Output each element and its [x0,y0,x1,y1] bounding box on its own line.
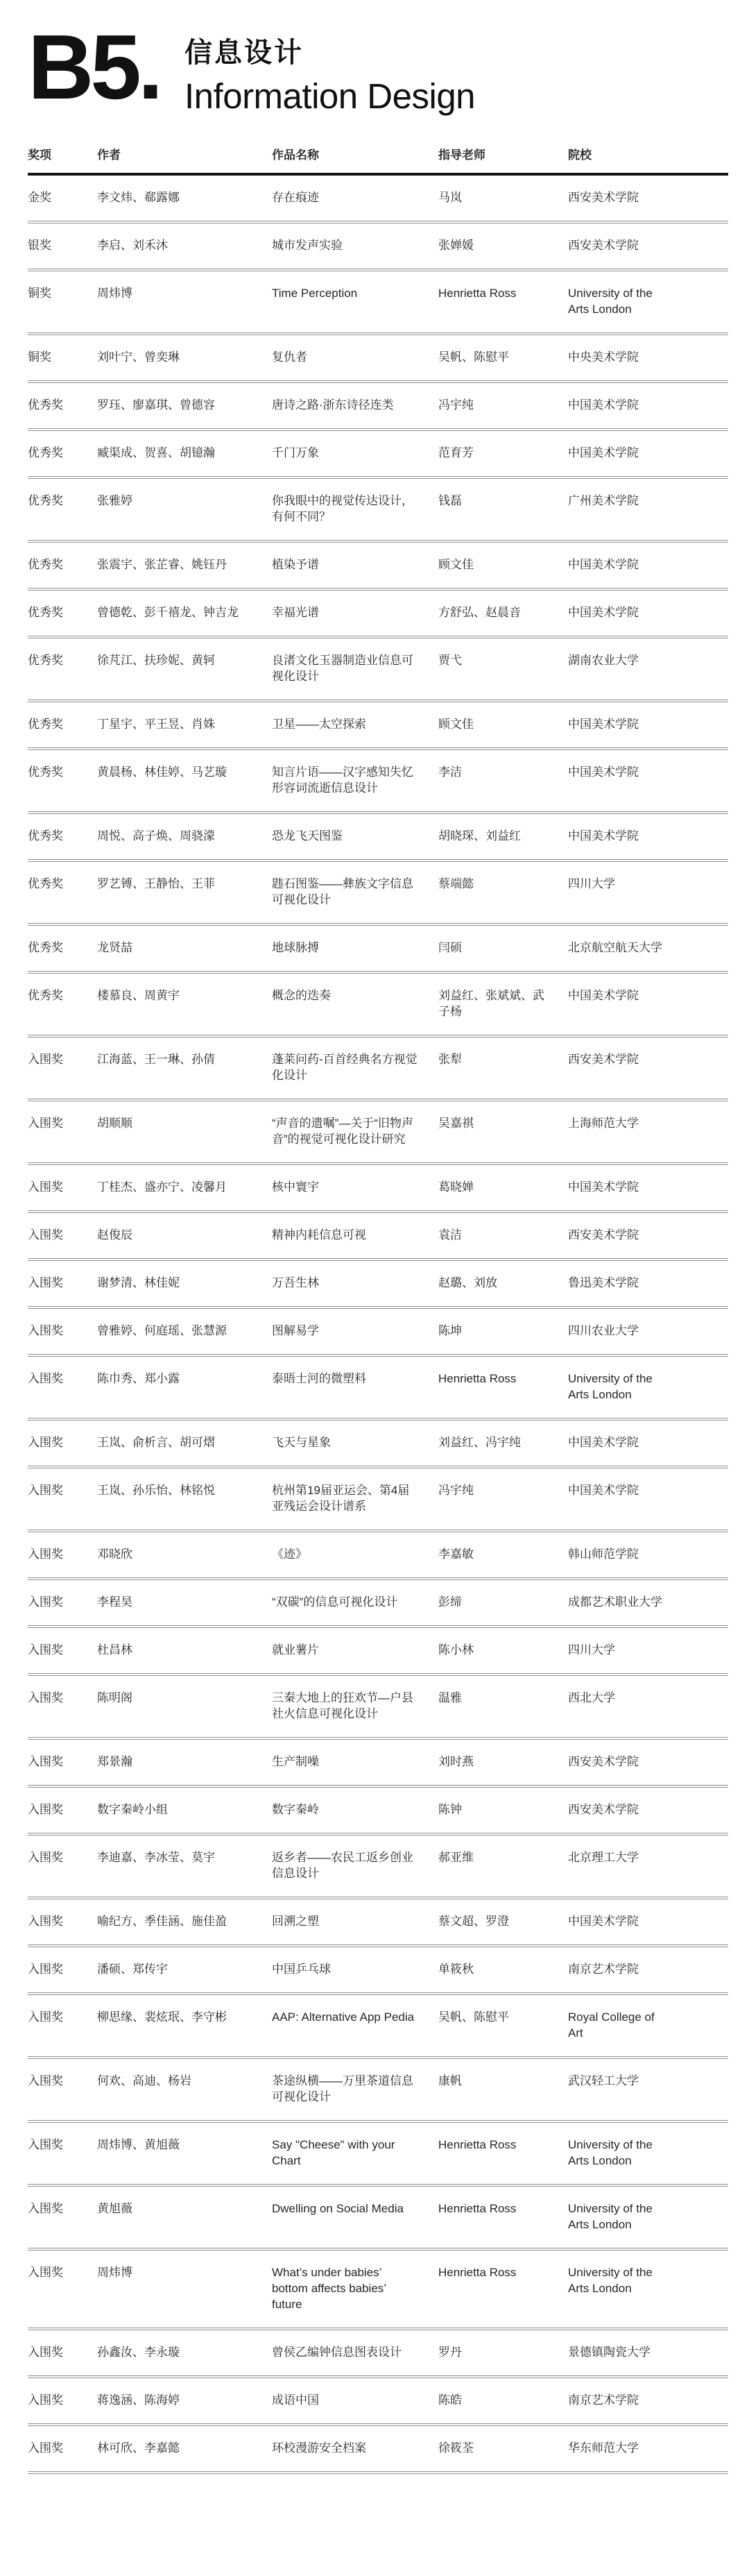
work-title-cell: 三秦大地上的狂欢节—户县社火信息可视化设计 [272,1690,427,1722]
school-cell: 鲁迅美术学院 [568,1275,682,1291]
table-row: 入围奖 赵俊辰 精神内耗信息可视 袁洁 西安美术学院 [28,1213,728,1258]
authors-cell: 数字秦岭小组 [97,1802,270,1817]
table-row: 优秀奖 龙贤喆 地球脉搏 闫硕 北京航空航天大学 [28,926,728,971]
column-header-work: 作品名称 [272,147,438,163]
table-row: 入围奖 陈明阁 三秦大地上的狂欢节—户县社火信息可视化设计 温雅 西北大学 [28,1676,728,1737]
work-title-cell: 植染予谱 [272,557,427,573]
authors-cell: 王岚、俞析言、胡可熠 [97,1434,270,1450]
table-row: 优秀奖 罗珏、廖嘉琪、曾德容 唐诗之路·浙东诗径连类 冯宇纯 中国美术学院 [28,383,728,428]
authors-cell: 周炜博 [97,285,270,317]
table-row: 金奖 李文炜、郗露娜 存在痕迹 马岚 西安美术学院 [28,176,728,221]
work-title-cell: 曾侯乙编钟信息图表设计 [272,2344,427,2360]
work-title-cell: 泰晤士河的微塑料 [272,1371,427,1403]
table-row: 入围奖 何欢、高迪、杨岩 茶途纵横——万里茶道信息可视化设计 康帆 武汉轻工大学 [28,2059,728,2120]
award-cell: 优秀奖 [28,716,97,732]
advisor-cell: Henrietta Ross [438,1371,562,1403]
work-title-cell: 成语中国 [272,2392,427,2408]
advisor-cell: 贾弋 [438,652,562,684]
advisor-cell: Henrietta Ross [438,2264,562,2312]
award-cell: 入围奖 [28,2440,97,2456]
work-title-cell: 万吾生林 [272,1275,427,1291]
award-cell: 优秀奖 [28,604,97,620]
work-title-cell: 生产制噪 [272,1754,427,1770]
award-cell: 入围奖 [28,2392,97,2408]
school-cell: 北京理工大学 [568,1849,682,1881]
work-title-cell: “双碳”的信息可视化设计 [272,1594,427,1610]
school-cell: 四川大学 [568,876,682,908]
table-row: 入围奖 李程昊 “双碳”的信息可视化设计 彭缔 成都艺术职业大学 [28,1580,728,1625]
work-title-cell: 数字秦岭 [272,1802,427,1817]
authors-cell: 罗艺镈、王静怡、王菲 [97,876,270,908]
authors-cell: 徐芃江、扶珍妮、黄轲 [97,652,270,684]
advisor-cell: 徐筱荃 [438,2440,562,2456]
work-title-cell: 存在痕迹 [272,189,427,205]
school-cell: 西安美术学院 [568,189,682,205]
table-row: 入围奖 潘硕、郑传宇 中国乒乓球 单筱秋 南京艺术学院 [28,1947,728,1992]
advisor-cell: 方舒弘、赵晨音 [438,604,562,620]
award-cell: 优秀奖 [28,988,97,1019]
school-cell: 韩山师范学院 [568,1546,682,1562]
authors-cell: 孙鑫汝、李永璇 [97,2344,270,2360]
school-cell: 南京艺术学院 [568,1961,682,1977]
work-title-cell: 韪石图鉴——彝族文字信息可视化设计 [272,876,427,908]
work-title-cell: AAP: Alternative App Pedia [272,2009,427,2041]
school-cell: 中国美术学院 [568,397,682,413]
authors-cell: 黄旭薇 [97,2201,270,2232]
award-cell: 入围奖 [28,1546,97,1562]
award-cell: 入围奖 [28,1642,97,1658]
table-row: 入围奖 喻纪方、季佳涵、施佳盈 回溯之塑 蔡文超、罗澄 中国美术学院 [28,1899,728,1944]
authors-cell: 楼慕良、周黄宇 [97,988,270,1019]
advisor-cell: 刘时燕 [438,1754,562,1770]
table-row: 优秀奖 丁星宇、平王昱、肖姝 卫星——太空探索 顾文佳 中国美术学院 [28,702,728,747]
advisor-cell: 罗丹 [438,2344,562,2360]
table-row: 入围奖 黄旭薇 Dwelling on Social Media Henriet… [28,2187,728,2248]
work-title-cell: 《迹》 [272,1546,427,1562]
authors-cell: 杜昌林 [97,1642,270,1658]
table-body: 金奖 李文炜、郗露娜 存在痕迹 马岚 西安美术学院 银奖 李启、刘禾沐 城市发声… [28,176,728,2474]
award-cell: 优秀奖 [28,764,97,796]
advisor-cell: 范育芳 [438,445,562,461]
award-cell: 优秀奖 [28,876,97,908]
table-row: 铜奖 刘叶宁、曾奕琳 复仇者 吴帆、陈慰平 中央美术学院 [28,335,728,380]
school-cell: 南京艺术学院 [568,2392,682,2408]
table-row: 入围奖 丁桂杰、盛亦宁、凌馨月 核中寰宇 葛晓婵 中国美术学院 [28,1165,728,1210]
work-title-cell: 城市发声实验 [272,237,427,253]
school-cell: 武汉轻工大学 [568,2073,682,2105]
advisor-cell: 顾文佳 [438,716,562,732]
table-row: 入围奖 王岚、俞析言、胡可熠 飞天与星象 刘益红、冯宇纯 中国美术学院 [28,1421,728,1466]
work-title-cell: Time Perception [272,285,427,317]
authors-cell: 邓晓欣 [97,1546,270,1562]
table-row: 银奖 李启、刘禾沐 城市发声实验 张婵媛 西安美术学院 [28,223,728,269]
column-header-authors: 作者 [97,147,272,163]
advisor-cell: 温雅 [438,1690,562,1722]
column-header-school: 院校 [568,147,727,163]
authors-cell: 陈明阁 [97,1690,270,1722]
award-cell: 入围奖 [28,1961,97,1977]
work-title-cell: 图解易学 [272,1323,427,1339]
school-cell: 西北大学 [568,1690,682,1722]
advisor-cell: Henrietta Ross [438,2137,562,2169]
advisor-cell: 彭缔 [438,1594,562,1610]
table-header: 奖项 作者 作品名称 指导老师 院校 [28,147,728,173]
advisor-cell: 吴帆、陈慰平 [438,349,562,365]
advisor-cell: Henrietta Ross [438,2201,562,2232]
school-cell: 上海师范大学 [568,1115,682,1147]
award-cell: 入围奖 [28,1227,97,1243]
advisor-cell: 张犁 [438,1051,562,1083]
work-title-cell: 核中寰宇 [272,1179,427,1195]
authors-cell: 李文炜、郗露娜 [97,189,270,205]
advisor-cell: 吴帆、陈慰平 [438,2009,562,2041]
advisor-cell: 陈小林 [438,1642,562,1658]
section-title-zh: 信息设计 [184,31,475,70]
authors-cell: 潘硕、郑传宇 [97,1961,270,1977]
table-row: 入围奖 江海蓝、王一琳、孙倩 蓬莱问药-百首经典名方视觉化设计 张犁 西安美术学… [28,1037,728,1099]
school-cell: 中国美术学院 [568,716,682,732]
authors-cell: 李程昊 [97,1594,270,1610]
table-row: 入围奖 数字秦岭小组 数字秦岭 陈钟 西安美术学院 [28,1788,728,1833]
work-title-cell: 卫星——太空探索 [272,716,427,732]
work-title-cell: 幸福光谱 [272,604,427,620]
award-cell: 铜奖 [28,349,97,365]
advisor-cell: 闫硕 [438,940,562,956]
advisor-cell: 蔡文超、罗澄 [438,1913,562,1929]
school-cell: 广州美术学院 [568,493,682,525]
advisor-cell: Henrietta Ross [438,285,562,317]
table-row: 优秀奖 张雅婷 你我眼中的视觉传达设计，有何不同？ 钱磊 广州美术学院 [28,479,728,540]
work-title-cell: 恐龙飞天图鉴 [272,828,427,844]
table-row: 优秀奖 罗艺镈、王静怡、王菲 韪石图鉴——彝族文字信息可视化设计 蔡端懿 四川大… [28,862,728,923]
award-cell: 入围奖 [28,2201,97,2232]
school-cell: 中国美术学院 [568,1434,682,1450]
authors-cell: 何欢、高迪、杨岩 [97,2073,270,2105]
table-row: 入围奖 谢梦清、林佳妮 万吾生林 赵璐、刘放 鲁迅美术学院 [28,1261,728,1306]
advisor-cell: 陈皓 [438,2392,562,2408]
award-cell: 入围奖 [28,2009,97,2041]
table-row: 优秀奖 曾德乾、彭千禧龙、钟吉龙 幸福光谱 方舒弘、赵晨音 中国美术学院 [28,591,728,636]
school-cell: 湖南农业大学 [568,652,682,684]
authors-cell: 张震宇、张芷睿、姚钰丹 [97,557,270,573]
school-cell: 华东师范大学 [568,2440,682,2456]
table-row: 入围奖 周炜博 What’s under babies’ bottom affe… [28,2251,728,2328]
authors-cell: 赵俊辰 [97,1227,270,1243]
school-cell: University of the Arts London [568,2264,682,2312]
award-cell: 铜奖 [28,285,97,317]
authors-cell: 王岚、孙乐怡、林铭悦 [97,1482,270,1514]
table-row: 优秀奖 黄晨杨、林佳婷、马艺璇 知言片语——汉字感知失忆形容词流逝信息设计 李洁… [28,750,728,811]
authors-cell: 蒋逸涵、陈海婷 [97,2392,270,2408]
award-cell: 优秀奖 [28,940,97,956]
table-row: 入围奖 李迪嘉、李冰莹、莫宇 返乡者——农民工返乡创业信息设计 郝亚维 北京理工… [28,1836,728,1897]
school-cell: University of the Arts London [568,1371,682,1403]
work-title-cell: 复仇者 [272,349,427,365]
award-cell: 入围奖 [28,1802,97,1817]
award-cell: 优秀奖 [28,397,97,413]
authors-cell: 周炜博 [97,2264,270,2312]
school-cell: 中央美术学院 [568,349,682,365]
authors-cell: 李迪嘉、李冰莹、莫宇 [97,1849,270,1881]
table-row: 入围奖 陈巾秀、郑小露 泰晤士河的微塑料 Henrietta Ross Univ… [28,1357,728,1418]
work-title-cell: 回溯之塑 [272,1913,427,1929]
award-cell: 银奖 [28,237,97,253]
work-title-cell: 杭州第19届亚运会、第4届亚残运会设计谱系 [272,1482,427,1514]
school-cell: 中国美术学院 [568,445,682,461]
award-cell: 金奖 [28,189,97,205]
school-cell: 西安美术学院 [568,1227,682,1243]
authors-cell: 罗珏、廖嘉琪、曾德容 [97,397,270,413]
table-row: 入围奖 林可欣、李嘉懿 环校漫游安全档案 徐筱荃 华东师范大学 [28,2426,728,2471]
authors-cell: 刘叶宁、曾奕琳 [97,349,270,365]
school-cell: University of the Arts London [568,2137,682,2169]
authors-cell: 周炜博、黄旭薇 [97,2137,270,2169]
advisor-cell: 陈钟 [438,1802,562,1817]
advisor-cell: 李嘉敏 [438,1546,562,1562]
school-cell: 中国美术学院 [568,1179,682,1195]
advisor-cell: 张婵媛 [438,237,562,253]
authors-cell: 林可欣、李嘉懿 [97,2440,270,2456]
advisor-cell: 顾文佳 [438,557,562,573]
table-row: 优秀奖 臧渠成、贺喜、胡镱瀚 千门万象 范育芳 中国美术学院 [28,431,728,476]
table-row: 入围奖 孙鑫汝、李永璇 曾侯乙编钟信息图表设计 罗丹 景德镇陶瓷大学 [28,2330,728,2375]
row-divider [28,2471,728,2474]
work-title-cell: Dwelling on Social Media [272,2201,427,2232]
table-row: 优秀奖 徐芃江、扶珍妮、黄轲 良渚文化玉器制造业信息可视化设计 贾弋 湖南农业大… [28,638,728,700]
advisor-cell: 赵璐、刘放 [438,1275,562,1291]
school-cell: 四川农业大学 [568,1323,682,1339]
work-title-cell: 千门万象 [272,445,427,461]
award-cell: 入围奖 [28,1594,97,1610]
school-cell: 中国美术学院 [568,1913,682,1929]
work-title-cell: 知言片语——汉字感知失忆形容词流逝信息设计 [272,764,427,796]
school-cell: 中国美术学院 [568,557,682,573]
school-cell: 西安美术学院 [568,1802,682,1817]
work-title-cell: “声音的遗嘱”—关于“旧物声音”的视觉可视化设计研究 [272,1115,427,1147]
advisor-cell: 李洁 [438,764,562,796]
table-row: 优秀奖 张震宇、张芷睿、姚钰丹 植染予谱 顾文佳 中国美术学院 [28,543,728,588]
table-row: 入围奖 郑景瀚 生产制噪 刘时燕 西安美术学院 [28,1740,728,1785]
authors-cell: 丁桂杰、盛亦宁、凌馨月 [97,1179,270,1195]
table-row: 优秀奖 楼慕良、周黄宇 概念的迭奏 刘益红、张斌斌、武子杨 中国美术学院 [28,974,728,1035]
authors-cell: 柳思缘、裴炫珉、李守彬 [97,2009,270,2041]
school-cell: 四川大学 [568,1642,682,1658]
advisor-cell: 葛晓婵 [438,1179,562,1195]
advisor-cell: 马岚 [438,189,562,205]
award-cell: 优秀奖 [28,493,97,525]
work-title-cell: 环校漫游安全档案 [272,2440,427,2456]
award-cell: 入围奖 [28,2137,97,2169]
award-cell: 优秀奖 [28,445,97,461]
award-cell: 入围奖 [28,1849,97,1881]
school-cell: 西安美术学院 [568,237,682,253]
work-title-cell: What’s under babies’ bottom affects babi… [272,2264,427,2312]
work-title-cell: 你我眼中的视觉传达设计，有何不同？ [272,493,427,525]
advisor-cell: 单筱秋 [438,1961,562,1977]
work-title-cell: 概念的迭奏 [272,988,427,1019]
page: B5. 信息设计 Information Design 奖项 作者 作品名称 指… [0,0,749,2576]
school-cell: 成都艺术职业大学 [568,1594,682,1610]
table-row: 入围奖 周炜博、黄旭薇 Say "Cheese" with your Chart… [28,2123,728,2184]
award-cell: 入围奖 [28,1690,97,1722]
advisor-cell: 胡晓琛、刘益红 [438,828,562,844]
school-cell: 西安美术学院 [568,1754,682,1770]
authors-cell: 周悦、高子焕、周骁濛 [97,828,270,844]
advisor-cell: 冯宇纯 [438,397,562,413]
work-title-cell: 就业薯片 [272,1642,427,1658]
award-cell: 入围奖 [28,1051,97,1083]
award-cell: 入围奖 [28,1275,97,1291]
school-cell: University of the Arts London [568,2201,682,2232]
authors-cell: 胡顺顺 [97,1115,270,1147]
authors-cell: 臧渠成、贺喜、胡镱瀚 [97,445,270,461]
award-cell: 入围奖 [28,1371,97,1403]
column-header-award: 奖项 [28,147,97,163]
table-row: 入围奖 蒋逸涵、陈海婷 成语中国 陈皓 南京艺术学院 [28,2378,728,2423]
award-cell: 优秀奖 [28,557,97,573]
section-header: B5. 信息设计 Information Design [28,25,728,117]
authors-cell: 谢梦清、林佳妮 [97,1275,270,1291]
authors-cell: 张雅婷 [97,493,270,525]
authors-cell: 郑景瀚 [97,1754,270,1770]
award-cell: 入围奖 [28,2073,97,2105]
award-cell: 优秀奖 [28,652,97,684]
authors-cell: 曾雅婷、何庭瑶、张慧源 [97,1323,270,1339]
table-row: 入围奖 邓晓欣 《迹》 李嘉敏 韩山师范学院 [28,1532,728,1577]
table-row: 入围奖 曾雅婷、何庭瑶、张慧源 图解易学 陈坤 四川农业大学 [28,1309,728,1354]
table-row: 入围奖 柳思缘、裴炫珉、李守彬 AAP: Alternative App Ped… [28,1995,728,2056]
award-cell: 入围奖 [28,1434,97,1450]
section-title-en: Information Design [184,76,475,117]
advisor-cell: 陈坤 [438,1323,562,1339]
advisor-cell: 刘益红、张斌斌、武子杨 [438,988,562,1019]
authors-cell: 喻纪方、季佳涵、施佳盈 [97,1913,270,1929]
table-row: 铜奖 周炜博 Time Perception Henrietta Ross Un… [28,271,728,332]
authors-cell: 丁星宇、平王昱、肖姝 [97,716,270,732]
table-row: 入围奖 胡顺顺 “声音的遗嘱”—关于“旧物声音”的视觉可视化设计研究 吴嘉祺 上… [28,1101,728,1162]
award-cell: 入围奖 [28,1115,97,1147]
advisor-cell: 蔡端懿 [438,876,562,908]
work-title-cell: 茶途纵横——万里茶道信息可视化设计 [272,2073,427,2105]
award-cell: 入围奖 [28,1913,97,1929]
table-row: 入围奖 杜昌林 就业薯片 陈小林 四川大学 [28,1628,728,1673]
award-cell: 入围奖 [28,2344,97,2360]
award-cell: 入围奖 [28,1754,97,1770]
work-title-cell: 蓬莱问药-百首经典名方视觉化设计 [272,1051,427,1083]
work-title-cell: 返乡者——农民工返乡创业信息设计 [272,1849,427,1881]
advisor-cell: 刘益红、冯宇纯 [438,1434,562,1450]
table-row: 入围奖 王岚、孙乐怡、林铭悦 杭州第19届亚运会、第4届亚残运会设计谱系 冯宇纯… [28,1468,728,1529]
authors-cell: 李启、刘禾沐 [97,237,270,253]
school-cell: 中国美术学院 [568,1482,682,1514]
table-row: 优秀奖 周悦、高子焕、周骁濛 恐龙飞天图鉴 胡晓琛、刘益红 中国美术学院 [28,814,728,859]
award-cell: 优秀奖 [28,828,97,844]
authors-cell: 龙贤喆 [97,940,270,956]
work-title-cell: 中国乒乓球 [272,1961,427,1977]
school-cell: 中国美术学院 [568,604,682,620]
school-cell: 北京航空航天大学 [568,940,682,956]
school-cell: Royal College of Art [568,2009,682,2041]
work-title-cell: 唐诗之路·浙东诗径连类 [272,397,427,413]
awards-table: 奖项 作者 作品名称 指导老师 院校 金奖 李文炜、郗露娜 存在痕迹 马岚 西安… [28,147,728,2474]
advisor-cell: 钱磊 [438,493,562,525]
school-cell: 景德镇陶瓷大学 [568,2344,682,2360]
column-header-advisor: 指导老师 [438,147,568,163]
award-cell: 入围奖 [28,1323,97,1339]
work-title-cell: 良渚文化玉器制造业信息可视化设计 [272,652,427,684]
work-title-cell: 飞天与星象 [272,1434,427,1450]
section-code: B5. [28,25,184,109]
advisor-cell: 郝亚维 [438,1849,562,1881]
work-title-cell: 地球脉搏 [272,940,427,956]
school-cell: 中国美术学院 [568,988,682,1019]
school-cell: University of the Arts London [568,285,682,317]
authors-cell: 黄晨杨、林佳婷、马艺璇 [97,764,270,796]
advisor-cell: 吴嘉祺 [438,1115,562,1147]
award-cell: 入围奖 [28,1179,97,1195]
advisor-cell: 康帆 [438,2073,562,2105]
school-cell: 中国美术学院 [568,764,682,796]
work-title-cell: 精神内耗信息可视 [272,1227,427,1243]
authors-cell: 陈巾秀、郑小露 [97,1371,270,1403]
award-cell: 入围奖 [28,2264,97,2312]
advisor-cell: 冯宇纯 [438,1482,562,1514]
authors-cell: 曾德乾、彭千禧龙、钟吉龙 [97,604,270,620]
school-cell: 西安美术学院 [568,1051,682,1083]
authors-cell: 江海蓝、王一琳、孙倩 [97,1051,270,1083]
section-titles: 信息设计 Information Design [184,25,475,117]
school-cell: 中国美术学院 [568,828,682,844]
work-title-cell: Say "Cheese" with your Chart [272,2137,427,2169]
advisor-cell: 袁洁 [438,1227,562,1243]
award-cell: 入围奖 [28,1482,97,1514]
